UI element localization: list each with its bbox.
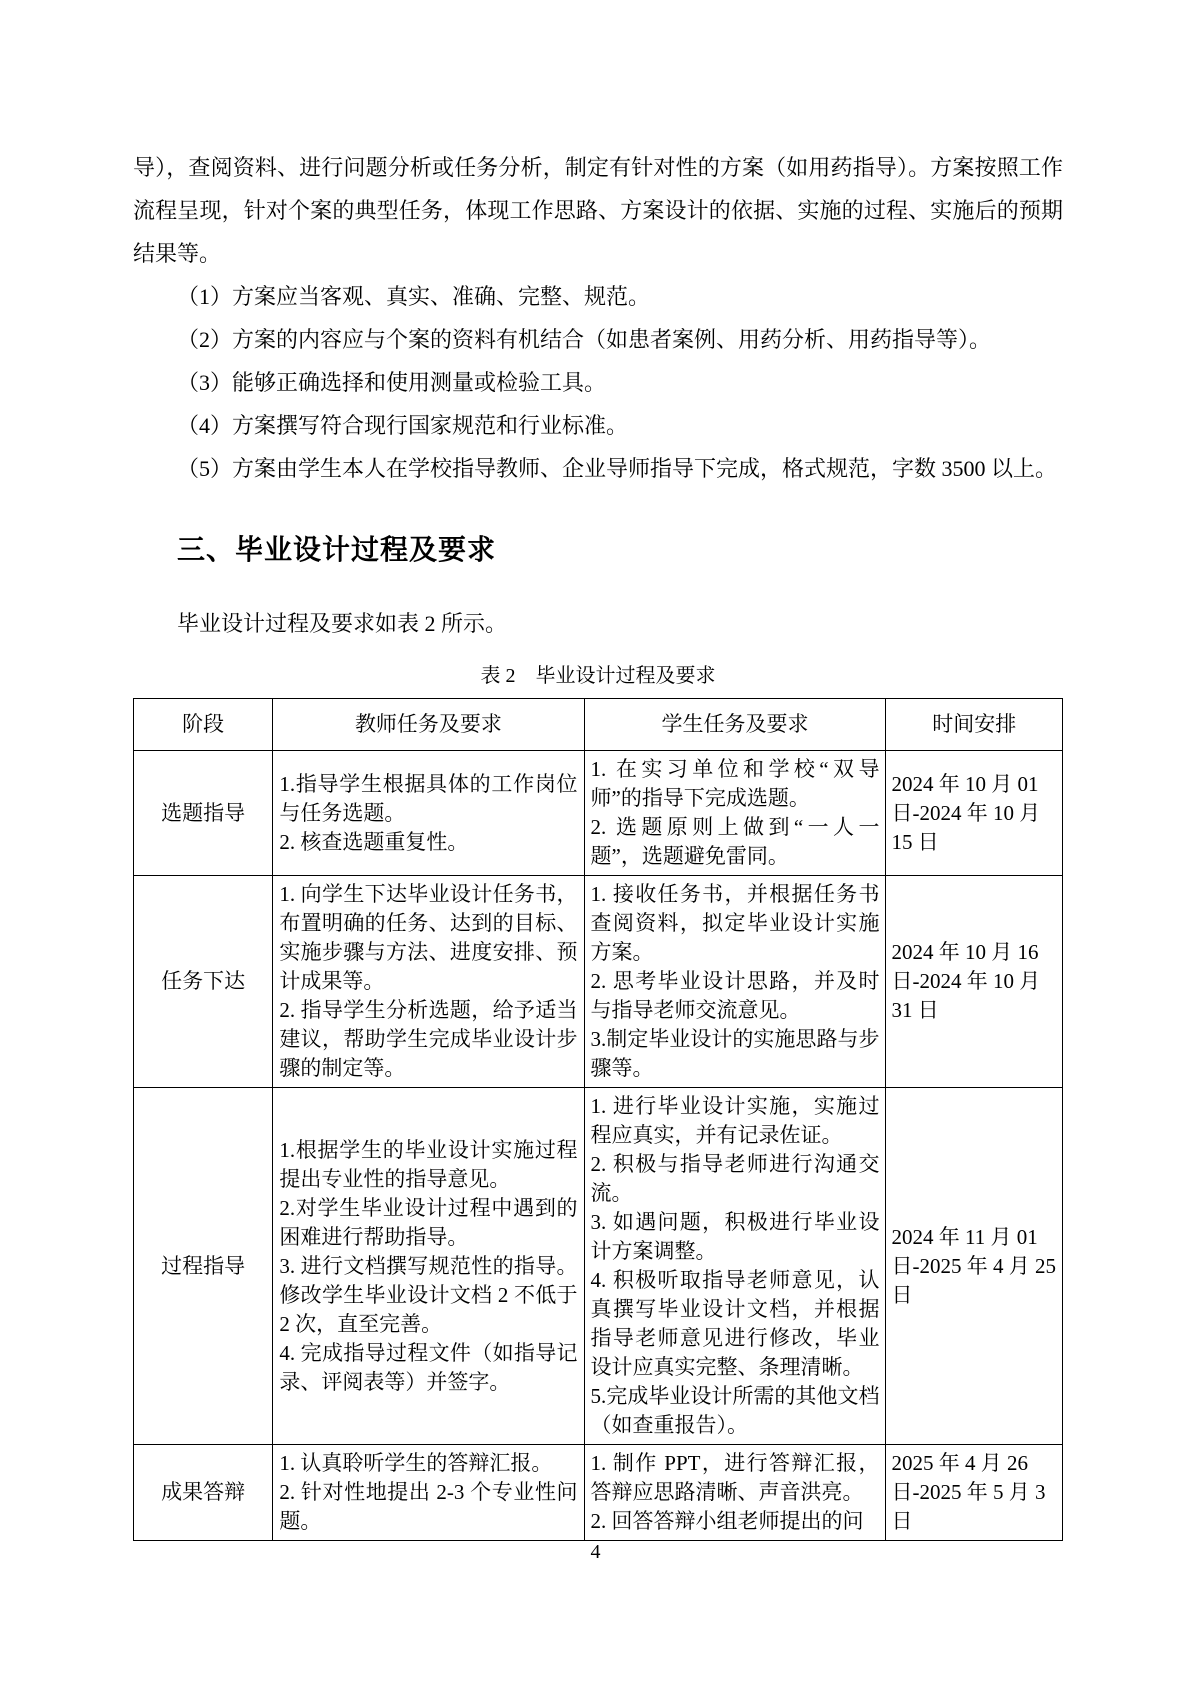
header-schedule: 时间安排 <box>886 699 1063 751</box>
continuation-paragraph: 导），查阅资料、进行问题分析或任务分析，制定有针对性的方案（如用药指导）。方案按… <box>133 146 1063 275</box>
header-student-tasks: 学生任务及要求 <box>584 699 886 751</box>
teacher-tasks-cell: 1. 认真聆听学生的答辩汇报。 2. 针对性地提出 2-3 个专业性问题。 <box>273 1445 584 1541</box>
student-tasks-cell: 1. 在实习单位和学校“双导师”的指导下完成选题。 2. 选题原则上做到“一人一… <box>584 751 886 876</box>
requirement-item-4: （4）方案撰写符合现行国家规范和行业标准。 <box>133 404 1063 447</box>
page-content: 导），查阅资料、进行问题分析或任务分析，制定有针对性的方案（如用药指导）。方案按… <box>133 146 1063 1541</box>
schedule-cell: 2024 年 11 月 01 日-2025 年 4 月 25 日 <box>886 1088 1063 1445</box>
table-caption: 表 2 毕业设计过程及要求 <box>133 659 1063 688</box>
teacher-tasks-cell: 1.根据学生的毕业设计实施过程提出专业性的指导意见。 2.对学生毕业设计过程中遇… <box>273 1088 584 1445</box>
teacher-tasks-cell: 1. 向学生下达毕业设计任务书，布置明确的任务、达到的目标、实施步骤与方法、进度… <box>273 876 584 1088</box>
table-row: 任务下达 1. 向学生下达毕业设计任务书，布置明确的任务、达到的目标、实施步骤与… <box>134 876 1063 1088</box>
student-tasks-cell: 1. 进行毕业设计实施，实施过程应真实，并有记录佐证。 2. 积极与指导老师进行… <box>584 1088 886 1445</box>
student-tasks-cell: 1. 制作 PPT，进行答辩汇报，答辩应思路清晰、声音洪亮。 2. 回答答辩小组… <box>584 1445 886 1541</box>
schedule-cell: 2025 年 4 月 26 日-2025 年 5 月 3 日 <box>886 1445 1063 1541</box>
table-row: 选题指导 1.指导学生根据具体的工作岗位与任务选题。 2. 核查选题重复性。 1… <box>134 751 1063 876</box>
table-row: 成果答辩 1. 认真聆听学生的答辩汇报。 2. 针对性地提出 2-3 个专业性问… <box>134 1445 1063 1541</box>
stage-cell: 任务下达 <box>134 876 273 1088</box>
process-requirements-table: 阶段 教师任务及要求 学生任务及要求 时间安排 选题指导 1.指导学生根据具体的… <box>133 698 1063 1541</box>
requirement-item-2: （2）方案的内容应与个案的资料有机结合（如患者案例、用药分析、用药指导等）。 <box>133 318 1063 361</box>
requirement-item-1: （1）方案应当客观、真实、准确、完整、规范。 <box>133 275 1063 318</box>
requirement-item-3: （3）能够正确选择和使用测量或检验工具。 <box>133 361 1063 404</box>
table-row: 过程指导 1.根据学生的毕业设计实施过程提出专业性的指导意见。 2.对学生毕业设… <box>134 1088 1063 1445</box>
header-teacher-tasks: 教师任务及要求 <box>273 699 584 751</box>
section-heading: 三、毕业设计过程及要求 <box>133 528 1063 568</box>
header-stage: 阶段 <box>134 699 273 751</box>
document-page: 导），查阅资料、进行问题分析或任务分析，制定有针对性的方案（如用药指导）。方案按… <box>0 0 1191 1684</box>
schedule-cell: 2024 年 10 月 01 日-2024 年 10 月 15 日 <box>886 751 1063 876</box>
schedule-cell: 2024 年 10 月 16 日-2024 年 10 月 31 日 <box>886 876 1063 1088</box>
page-number: 4 <box>0 1541 1191 1564</box>
table-header-row: 阶段 教师任务及要求 学生任务及要求 时间安排 <box>134 699 1063 751</box>
student-tasks-cell: 1. 接收任务书，并根据任务书查阅资料，拟定毕业设计实施方案。 2. 思考毕业设… <box>584 876 886 1088</box>
teacher-tasks-cell: 1.指导学生根据具体的工作岗位与任务选题。 2. 核查选题重复性。 <box>273 751 584 876</box>
stage-cell: 过程指导 <box>134 1088 273 1445</box>
requirement-item-5: （5）方案由学生本人在学校指导教师、企业导师指导下完成，格式规范，字数 3500… <box>133 447 1063 490</box>
table-intro-paragraph: 毕业设计过程及要求如表 2 所示。 <box>133 602 1063 645</box>
stage-cell: 成果答辩 <box>134 1445 273 1541</box>
stage-cell: 选题指导 <box>134 751 273 876</box>
